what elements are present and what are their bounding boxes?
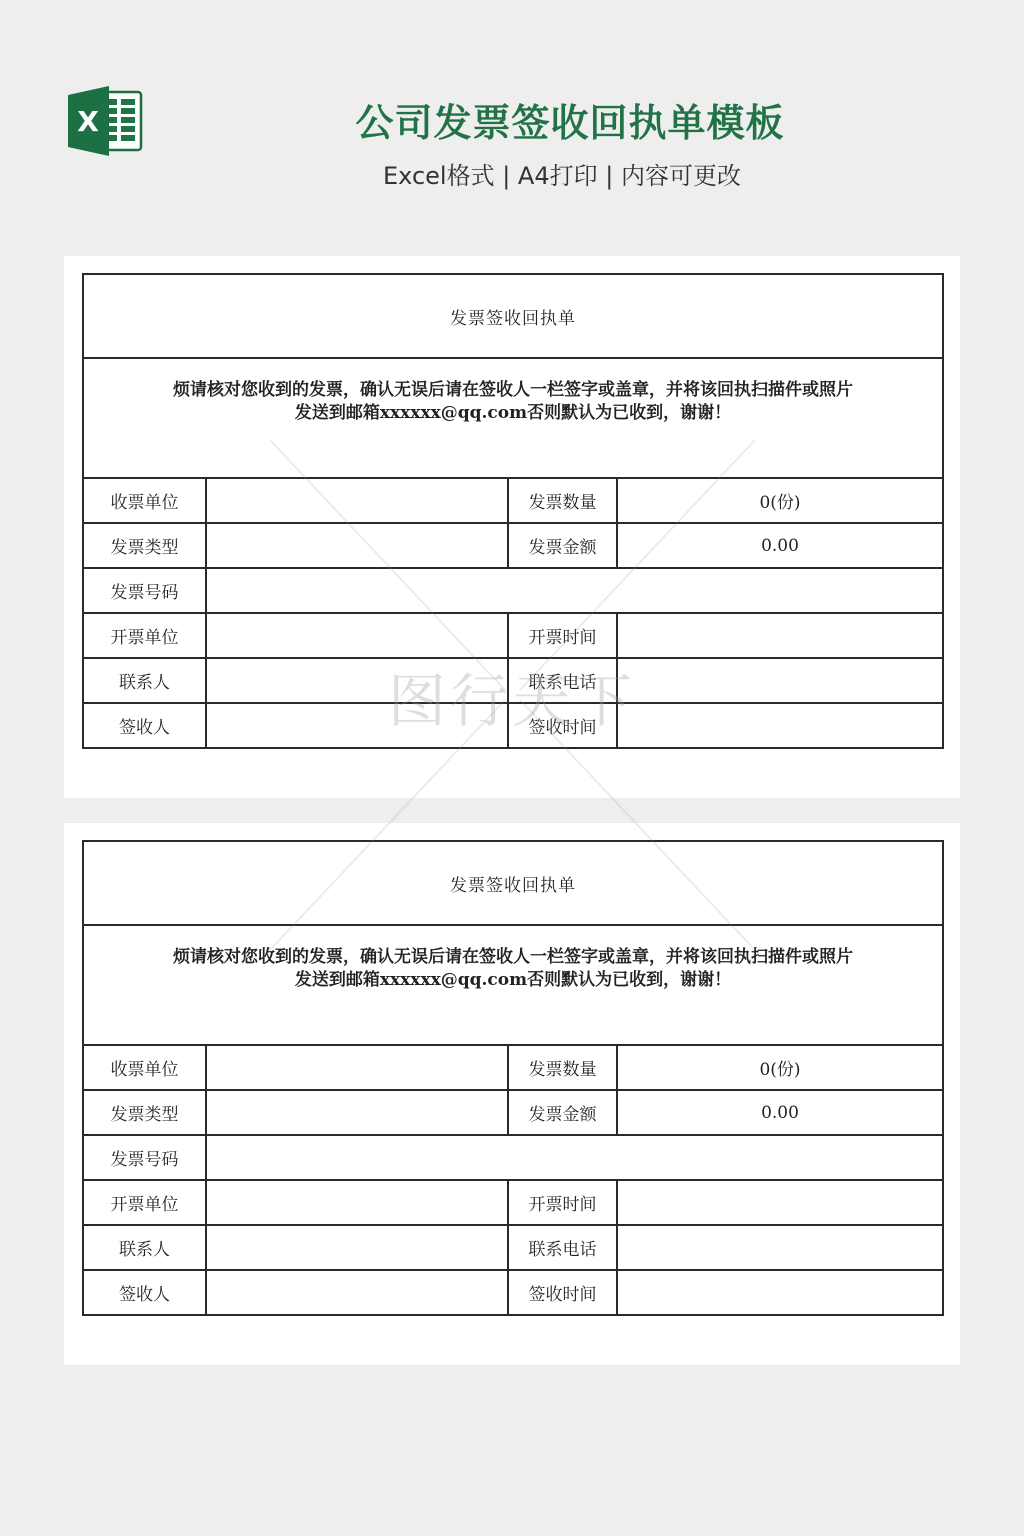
form-row-signer: 签收人 签收时间 bbox=[83, 703, 943, 748]
invoice-number-input[interactable] bbox=[206, 568, 943, 613]
contact-phone-input[interactable] bbox=[617, 1225, 943, 1270]
form-row-contact: 联系人 联系电话 bbox=[83, 658, 943, 703]
receipt-form-table: 发票签收回执单 烦请核对您收到的发票，确认无误后请在签收人一栏签字或盖章，并将该… bbox=[82, 840, 944, 1316]
receipt-form-card-1: 发票签收回执单 烦请核对您收到的发票，确认无误后请在签收人一栏签字或盖章，并将该… bbox=[64, 256, 960, 798]
form-row-recipient-unit: 收票单位 发票数量 0(份) bbox=[83, 478, 943, 523]
form-row-invoice-number: 发票号码 bbox=[83, 568, 943, 613]
svg-text:X: X bbox=[77, 105, 99, 138]
form-row-issuer: 开票单位 开票时间 bbox=[83, 1180, 943, 1225]
field-label: 签收人 bbox=[83, 703, 206, 748]
instruction-line-1: 烦请核对您收到的发票，确认无误后请在签收人一栏签字或盖章，并将该回执扫描件或照片 bbox=[84, 379, 942, 402]
field-label: 发票类型 bbox=[83, 1090, 206, 1135]
page-header: X 公司发票签收回执单模板 Excel格式 | A4打印 | 内容可更改 bbox=[0, 0, 1024, 230]
page-title: 公司发票签收回执单模板 bbox=[300, 92, 840, 147]
issue-time-input[interactable] bbox=[617, 613, 943, 658]
field-label: 发票号码 bbox=[83, 568, 206, 613]
form-row-issuer: 开票单位 开票时间 bbox=[83, 613, 943, 658]
contact-person-input[interactable] bbox=[206, 1225, 508, 1270]
field-label: 联系人 bbox=[83, 658, 206, 703]
form-title: 发票签收回执单 bbox=[83, 841, 943, 925]
field-label: 签收时间 bbox=[508, 703, 617, 748]
field-label: 签收时间 bbox=[508, 1270, 617, 1315]
recipient-unit-input[interactable] bbox=[206, 1045, 508, 1090]
form-instructions: 烦请核对您收到的发票，确认无误后请在签收人一栏签字或盖章，并将该回执扫描件或照片… bbox=[83, 925, 943, 1045]
issue-time-input[interactable] bbox=[617, 1180, 943, 1225]
field-label: 联系电话 bbox=[508, 1225, 617, 1270]
invoice-type-input[interactable] bbox=[206, 1090, 508, 1135]
recipient-unit-input[interactable] bbox=[206, 478, 508, 523]
field-label: 发票号码 bbox=[83, 1135, 206, 1180]
invoice-number-input[interactable] bbox=[206, 1135, 943, 1180]
form-row-invoice-type: 发票类型 发票金额 0.00 bbox=[83, 523, 943, 568]
invoice-quantity-input[interactable]: 0(份) bbox=[617, 478, 943, 523]
form-row-invoice-type: 发票类型 发票金额 0.00 bbox=[83, 1090, 943, 1135]
field-label: 联系电话 bbox=[508, 658, 617, 703]
invoice-amount-input[interactable]: 0.00 bbox=[617, 1090, 943, 1135]
field-label: 发票金额 bbox=[508, 523, 617, 568]
form-title: 发票签收回执单 bbox=[83, 274, 943, 358]
field-label: 发票数量 bbox=[508, 1045, 617, 1090]
form-row-invoice-number: 发票号码 bbox=[83, 1135, 943, 1180]
contact-phone-input[interactable] bbox=[617, 658, 943, 703]
instruction-line-2: 发送到邮箱xxxxxx@qq.com否则默认为已收到，谢谢！ bbox=[84, 969, 942, 992]
sign-time-input[interactable] bbox=[617, 1270, 943, 1315]
field-label: 发票金额 bbox=[508, 1090, 617, 1135]
signer-input[interactable] bbox=[206, 703, 508, 748]
field-label: 联系人 bbox=[83, 1225, 206, 1270]
form-instructions: 烦请核对您收到的发票，确认无误后请在签收人一栏签字或盖章，并将该回执扫描件或照片… bbox=[83, 358, 943, 478]
field-label: 开票时间 bbox=[508, 613, 617, 658]
issuer-unit-input[interactable] bbox=[206, 613, 508, 658]
field-label: 签收人 bbox=[83, 1270, 206, 1315]
form-row-recipient-unit: 收票单位 发票数量 0(份) bbox=[83, 1045, 943, 1090]
excel-icon: X bbox=[67, 86, 143, 156]
invoice-amount-input[interactable]: 0.00 bbox=[617, 523, 943, 568]
field-label: 发票数量 bbox=[508, 478, 617, 523]
receipt-form-table: 发票签收回执单 烦请核对您收到的发票，确认无误后请在签收人一栏签字或盖章，并将该… bbox=[82, 273, 944, 749]
signer-input[interactable] bbox=[206, 1270, 508, 1315]
field-label: 开票时间 bbox=[508, 1180, 617, 1225]
field-label: 开票单位 bbox=[83, 1180, 206, 1225]
instruction-line-2: 发送到邮箱xxxxxx@qq.com否则默认为已收到，谢谢！ bbox=[84, 402, 942, 425]
sign-time-input[interactable] bbox=[617, 703, 943, 748]
invoice-quantity-input[interactable]: 0(份) bbox=[617, 1045, 943, 1090]
page-subtitle: Excel格式 | A4打印 | 内容可更改 bbox=[300, 156, 824, 191]
issuer-unit-input[interactable] bbox=[206, 1180, 508, 1225]
form-row-signer: 签收人 签收时间 bbox=[83, 1270, 943, 1315]
field-label: 发票类型 bbox=[83, 523, 206, 568]
receipt-form-card-2: 发票签收回执单 烦请核对您收到的发票，确认无误后请在签收人一栏签字或盖章，并将该… bbox=[64, 823, 960, 1365]
instruction-line-1: 烦请核对您收到的发票，确认无误后请在签收人一栏签字或盖章，并将该回执扫描件或照片 bbox=[84, 946, 942, 969]
contact-person-input[interactable] bbox=[206, 658, 508, 703]
form-row-contact: 联系人 联系电话 bbox=[83, 1225, 943, 1270]
field-label: 收票单位 bbox=[83, 478, 206, 523]
field-label: 收票单位 bbox=[83, 1045, 206, 1090]
invoice-type-input[interactable] bbox=[206, 523, 508, 568]
field-label: 开票单位 bbox=[83, 613, 206, 658]
